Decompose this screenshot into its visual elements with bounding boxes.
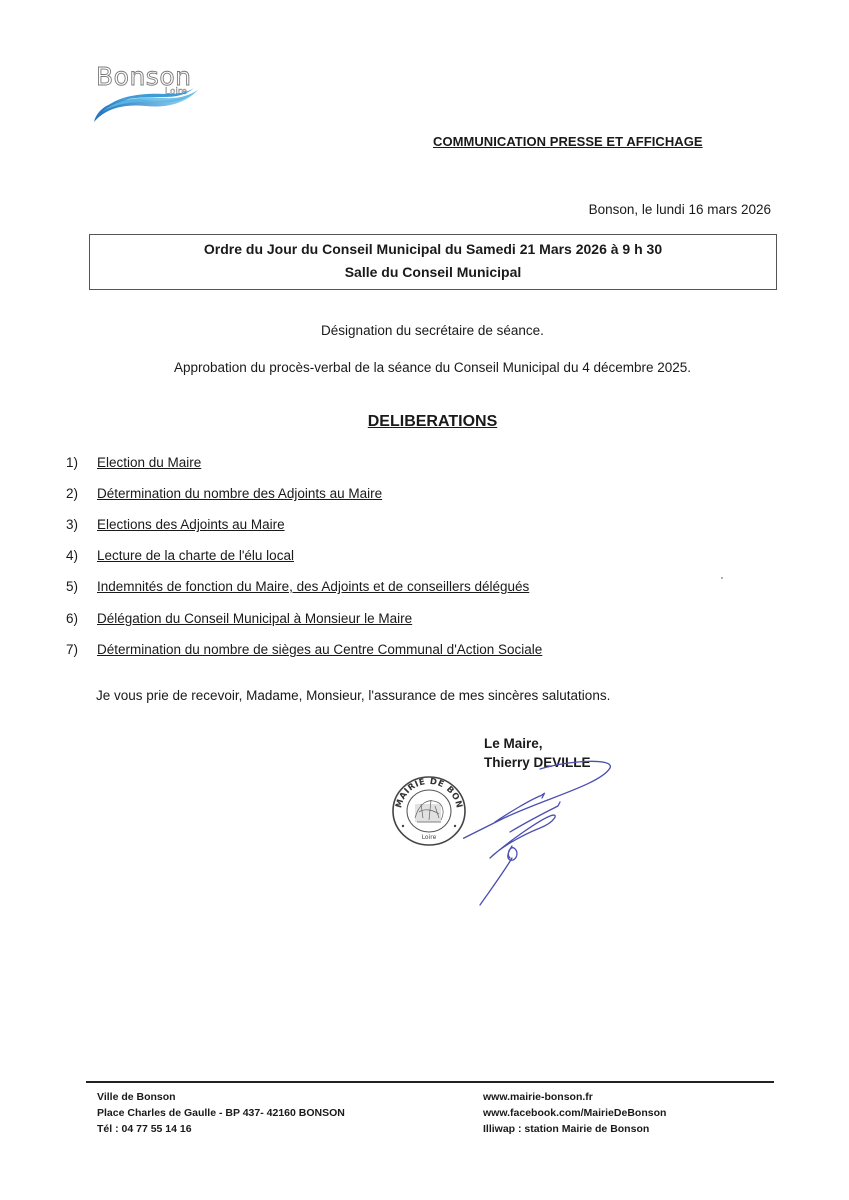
item-number: 1) — [66, 455, 97, 470]
deliberation-item: 1)Election du Maire — [66, 455, 201, 470]
bonson-logo: Bonson Loire — [88, 62, 206, 124]
date-line: Bonson, le lundi 16 mars 2026 — [589, 202, 771, 217]
deliberation-item: 3)Elections des Adjoints au Maire — [66, 517, 285, 532]
item-text: Indemnités de fonction du Maire, des Adj… — [97, 579, 529, 594]
deliberations-heading: DELIBERATIONS — [8, 413, 849, 431]
item-number: 6) — [66, 611, 97, 626]
closing-salutation: Je vous prie de recevoir, Madame, Monsie… — [96, 688, 610, 703]
item-number: 4) — [66, 548, 97, 563]
item-text: Elections des Adjoints au Maire — [97, 517, 285, 532]
wave-icon — [88, 82, 206, 124]
item-number: 5) — [66, 579, 97, 594]
item-number: 3) — [66, 517, 97, 532]
footer-phone: Tél : 04 77 55 14 16 — [97, 1121, 345, 1137]
item-text: Lecture de la charte de l'élu local — [97, 548, 294, 563]
agenda-title-box: Ordre du Jour du Conseil Municipal du Sa… — [89, 234, 777, 290]
deliberation-item: 2)Détermination du nombre des Adjoints a… — [66, 486, 382, 501]
scan-artifact — [721, 577, 723, 579]
agenda-location: Salle du Conseil Municipal — [90, 264, 776, 280]
footer-address: Ville de Bonson Place Charles de Gaulle … — [97, 1089, 345, 1137]
handwritten-signature — [450, 740, 620, 915]
footer-contacts: www.mairie-bonson.fr www.facebook.com/Ma… — [483, 1089, 666, 1137]
footer-website-link[interactable]: www.mairie-bonson.fr — [483, 1089, 666, 1105]
deliberation-item: 7)Détermination du nombre de sièges au C… — [66, 642, 542, 657]
item-text: Election du Maire — [97, 455, 201, 470]
footer-illiwap: Illiwap : station Mairie de Bonson — [483, 1121, 666, 1137]
item-text: Détermination du nombre de sièges au Cen… — [97, 642, 542, 657]
footer-street: Place Charles de Gaulle - BP 437- 42160 … — [97, 1105, 345, 1121]
item-number: 2) — [66, 486, 97, 501]
footer-facebook-link[interactable]: www.facebook.com/MairieDeBonson — [483, 1105, 666, 1121]
deliberation-item: 6)Délégation du Conseil Municipal à Mons… — [66, 611, 412, 626]
approbation-text: Approbation du procès-verbal de la séanc… — [8, 360, 849, 375]
deliberation-item: 4)Lecture de la charte de l'élu local — [66, 548, 294, 563]
item-number: 7) — [66, 642, 97, 657]
footer-divider — [86, 1081, 774, 1083]
item-text: Délégation du Conseil Municipal à Monsie… — [97, 611, 412, 626]
svg-text:Loire: Loire — [422, 834, 437, 841]
deliberation-item: 5)Indemnités de fonction du Maire, des A… — [66, 579, 529, 594]
item-text: Détermination du nombre des Adjoints au … — [97, 486, 382, 501]
designation-text: Désignation du secrétaire de séance. — [8, 323, 849, 338]
footer-town: Ville de Bonson — [97, 1089, 345, 1105]
document-header-title: COMMUNICATION PRESSE ET AFFICHAGE — [433, 134, 703, 149]
agenda-title: Ordre du Jour du Conseil Municipal du Sa… — [90, 241, 776, 257]
